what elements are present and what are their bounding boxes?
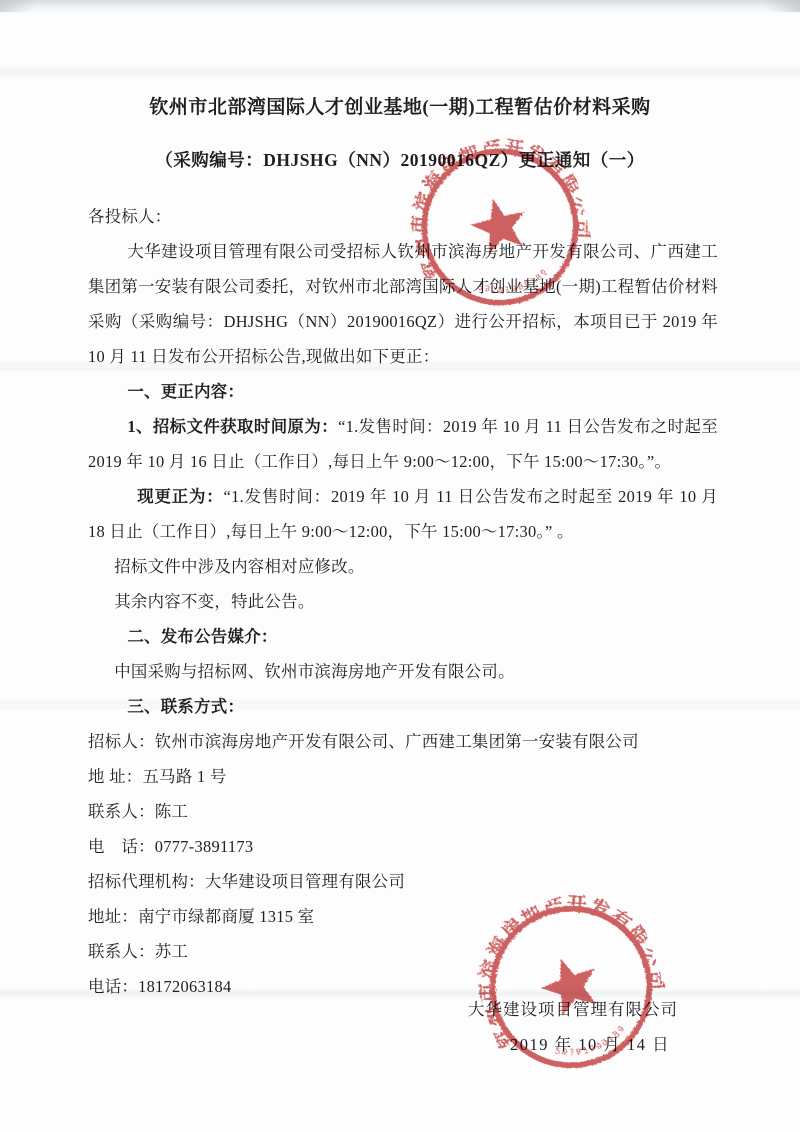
section1-note2: 其余内容不变，特此公告。 — [88, 584, 718, 619]
signature-date: 2019 年 10 月 14 日 — [510, 1031, 670, 1055]
section1-heading: 一、更正内容： — [88, 374, 718, 409]
document-subtitle: （采购编号：DHJSHG（NN）20190016QZ）更正通知（一） — [60, 147, 740, 173]
document-body: 各投标人： 大华建设项目管理有限公司受招标人钦州市滨海房地产开发有限公司、广西建… — [88, 199, 718, 1004]
scan-shadow-top — [0, 0, 800, 14]
contact-bidder-phone: 电 话：0777-3891173 — [88, 829, 718, 864]
scan-streak-1 — [0, 64, 800, 80]
section3-heading: 三、联系方式： — [88, 689, 718, 724]
document-title: 钦州市北部湾国际人才创业基地(一期)工程暂估价材料采购 — [60, 94, 740, 122]
contact-bidder-address: 地 址：五马路 1 号 — [88, 759, 718, 794]
document-page: 钦州市北部湾国际人才创业基地(一期)工程暂估价材料采购 （采购编号：DHJSHG… — [0, 0, 800, 1132]
contact-agency: 招标代理机构：大华建设项目管理有限公司 — [88, 864, 718, 899]
salutation: 各投标人： — [88, 199, 718, 234]
section2-heading: 二、发布公告媒介： — [88, 619, 718, 654]
item1-prefix: 1、招标文件获取时间原为： — [127, 417, 338, 436]
section2-content: 中国采购与招标网、钦州市滨海房地产开发有限公司。 — [88, 654, 718, 689]
section1-note1: 招标文件中涉及内容相对应修改。 — [88, 549, 718, 584]
section1-item2: 现更正为：“1.发售时间：2019 年 10 月 11 日公告发布之时起至 20… — [88, 479, 718, 549]
contact-agency-address: 地址：南宁市绿都商厦 1315 室 — [88, 899, 718, 934]
contact-bidder-person: 联系人：陈工 — [88, 794, 718, 829]
signature-company: 大华建设项目管理有限公司 — [468, 996, 678, 1020]
intro-paragraph: 大华建设项目管理有限公司受招标人钦州市滨海房地产开发有限公司、广西建工集团第一安… — [88, 234, 718, 374]
section1-item1: 1、招标文件获取时间原为：“1.发售时间：2019 年 10 月 11 日公告发… — [88, 409, 718, 479]
contact-bidder: 招标人：钦州市滨海房地产开发有限公司、广西建工集团第一安装有限公司 — [88, 724, 718, 759]
contact-agency-person: 联系人：苏工 — [88, 934, 718, 969]
scan-corner-right — [752, 0, 800, 12]
item2-prefix: 现更正为： — [137, 487, 223, 506]
scan-corner-left — [0, 0, 48, 12]
